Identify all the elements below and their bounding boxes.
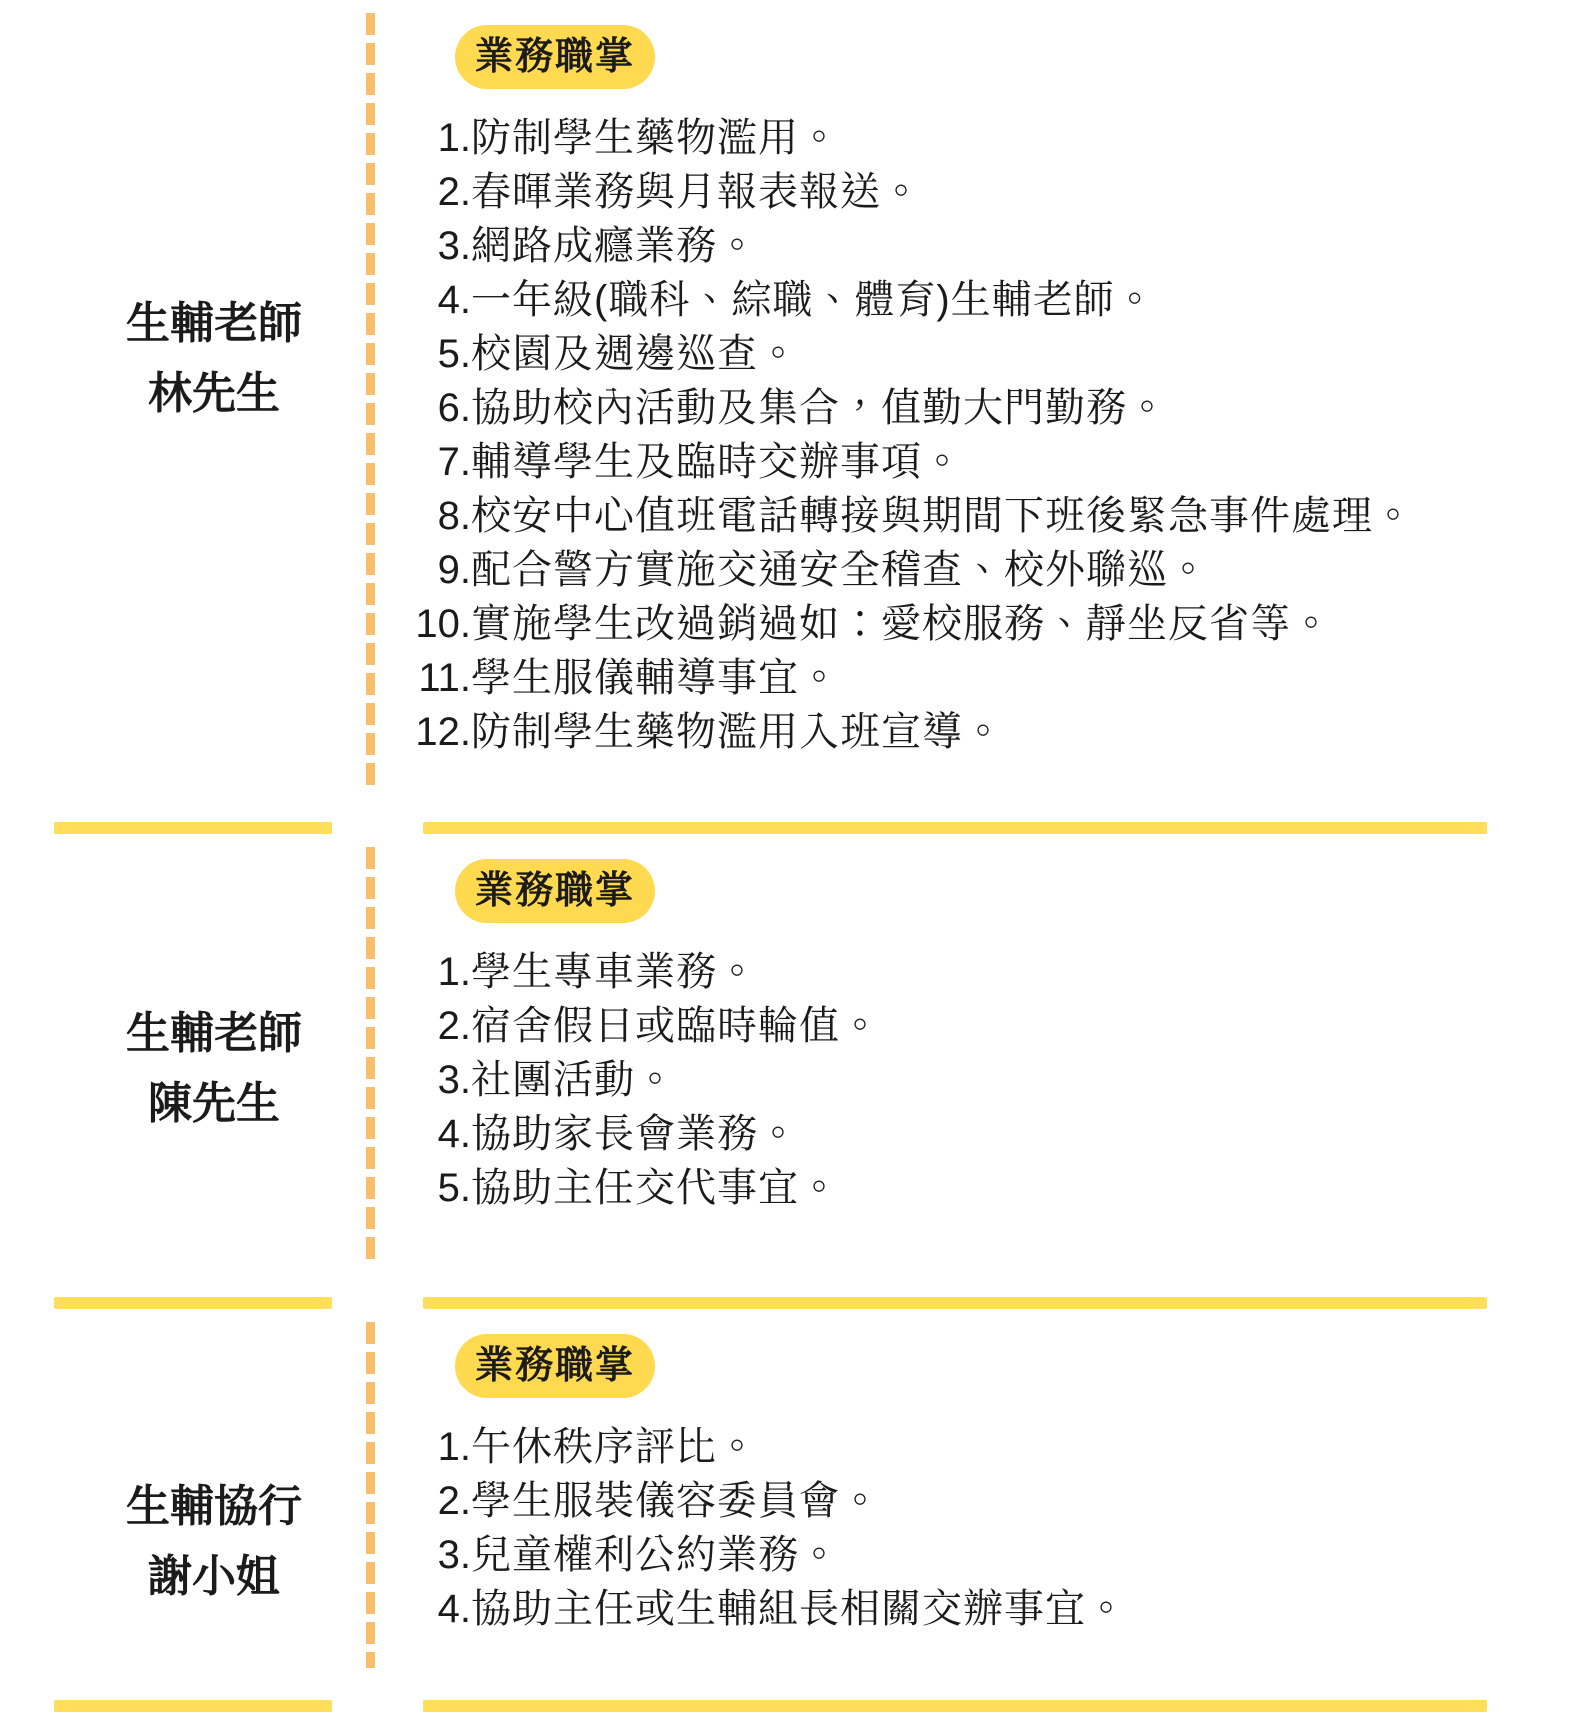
duty-item-text: 一年級(職科、綜職、體育)生輔老師。 xyxy=(471,273,1156,327)
column-divider-dashed-line xyxy=(366,847,375,1265)
duty-item-text: 社團活動。 xyxy=(471,1053,676,1107)
duty-item-text: 學生服儀輔導事宜。 xyxy=(471,651,840,705)
separator-right-segment xyxy=(423,1700,1487,1712)
section-row: 生輔老師 林先生 業務職掌 1.防制學生藥物濫用。 2.春暉業務與月報表報送。 … xyxy=(0,0,1587,822)
duty-item-number: 5. xyxy=(375,327,471,381)
duty-item-number: 1. xyxy=(375,1420,471,1474)
duty-item: 5.校園及週邊巡查。 xyxy=(375,327,1587,381)
role-name-line2: 林先生 xyxy=(62,359,366,429)
duty-item-number: 2. xyxy=(375,999,471,1053)
duty-item-number: 2. xyxy=(375,1474,471,1528)
section-separator xyxy=(0,1700,1587,1712)
duty-list: 1.學生專車業務。 2.宿舍假日或臨時輪值。 3.社團活動。 4.協助家長會業務… xyxy=(375,945,1587,1215)
duty-item-text: 午休秩序評比。 xyxy=(471,1420,758,1474)
duty-item: 3.社團活動。 xyxy=(375,1053,1587,1107)
duty-item-number: 1. xyxy=(375,945,471,999)
separator-right-segment xyxy=(423,822,1487,834)
duty-item: 12.防制學生藥物濫用入班宣導。 xyxy=(375,705,1587,759)
duty-item: 4.一年級(職科、綜職、體育)生輔老師。 xyxy=(375,273,1587,327)
section-separator xyxy=(0,822,1587,834)
column-divider-dashed-line xyxy=(366,1322,375,1668)
duty-badge: 業務職掌 xyxy=(455,25,655,89)
duty-item-text: 配合警方實施交通安全稽查、校外聯巡。 xyxy=(471,543,1209,597)
duty-item-text: 宿舍假日或臨時輪值。 xyxy=(471,999,881,1053)
duty-item-text: 春暉業務與月報表報送。 xyxy=(471,165,922,219)
separator-left-segment xyxy=(54,1700,332,1712)
duty-item-number: 3. xyxy=(375,1528,471,1582)
duty-item: 1.學生專車業務。 xyxy=(375,945,1587,999)
duty-item-number: 2. xyxy=(375,165,471,219)
duty-item-number: 4. xyxy=(375,273,471,327)
duty-item-number: 3. xyxy=(375,1053,471,1107)
role-name-line1: 生輔老師 xyxy=(62,289,366,359)
column-divider-dashed-line xyxy=(366,13,375,790)
role-name: 生輔老師 林先生 xyxy=(62,289,366,429)
duty-item: 5.協助主任交代事宜。 xyxy=(375,1161,1587,1215)
duty-item: 9.配合警方實施交通安全稽查、校外聯巡。 xyxy=(375,543,1587,597)
duty-item: 10.實施學生改過銷過如：愛校服務、靜坐反省等。 xyxy=(375,597,1587,651)
role-name-line1: 生輔協行 xyxy=(62,1472,366,1542)
duty-roster-page: 生輔老師 林先生 業務職掌 1.防制學生藥物濫用。 2.春暉業務與月報表報送。 … xyxy=(0,0,1587,1724)
role-name: 生輔老師 陳先生 xyxy=(62,999,366,1139)
section-separator xyxy=(0,1297,1587,1309)
duty-item-text: 學生服裝儀容委員會。 xyxy=(471,1474,881,1528)
duty-item: 2.春暉業務與月報表報送。 xyxy=(375,165,1587,219)
duty-item-text: 防制學生藥物濫用入班宣導。 xyxy=(471,705,1004,759)
duty-item-number: 9. xyxy=(375,543,471,597)
duty-item-text: 協助家長會業務。 xyxy=(471,1107,799,1161)
duty-item: 2.宿舍假日或臨時輪值。 xyxy=(375,999,1587,1053)
role-name-line2: 謝小姐 xyxy=(62,1542,366,1612)
duty-item: 6.協助校內活動及集合，值勤大門勤務。 xyxy=(375,381,1587,435)
duty-item: 1.防制學生藥物濫用。 xyxy=(375,111,1587,165)
duty-item: 8.校安中心值班電話轉接與期間下班後緊急事件處理。 xyxy=(375,489,1587,543)
role-name-cell: 生輔協行 謝小姐 xyxy=(0,1309,366,1700)
duty-item-number: 11. xyxy=(375,651,471,705)
duty-list: 1.防制學生藥物濫用。 2.春暉業務與月報表報送。 3.網路成癮業務。 4.一年… xyxy=(375,111,1587,759)
role-name-line1: 生輔老師 xyxy=(62,999,366,1069)
duty-item: 3.網路成癮業務。 xyxy=(375,219,1587,273)
separator-right-segment xyxy=(423,1297,1487,1309)
duty-badge: 業務職掌 xyxy=(455,859,655,923)
duties-cell: 業務職掌 1.午休秩序評比。 2.學生服裝儀容委員會。 3.兒童權利公約業務。 … xyxy=(375,1309,1587,1700)
duty-item-text: 實施學生改過銷過如：愛校服務、靜坐反省等。 xyxy=(471,597,1332,651)
duty-item-number: 5. xyxy=(375,1161,471,1215)
duties-cell: 業務職掌 1.學生專車業務。 2.宿舍假日或臨時輪值。 3.社團活動。 4.協助… xyxy=(375,834,1587,1297)
duty-item: 1.午休秩序評比。 xyxy=(375,1420,1587,1474)
role-name-cell: 生輔老師 林先生 xyxy=(0,0,366,822)
duty-item-text: 防制學生藥物濫用。 xyxy=(471,111,840,165)
duty-item-number: 6. xyxy=(375,381,471,435)
duty-item-text: 兒童權利公約業務。 xyxy=(471,1528,840,1582)
duty-item: 3.兒童權利公約業務。 xyxy=(375,1528,1587,1582)
duty-item-number: 3. xyxy=(375,219,471,273)
duty-item-number: 1. xyxy=(375,111,471,165)
duty-list: 1.午休秩序評比。 2.學生服裝儀容委員會。 3.兒童權利公約業務。 4.協助主… xyxy=(375,1420,1587,1636)
duty-item-number: 4. xyxy=(375,1582,471,1636)
duty-item-number: 8. xyxy=(375,489,471,543)
duty-item-text: 輔導學生及臨時交辦事項。 xyxy=(471,435,963,489)
duty-item: 11.學生服儀輔導事宜。 xyxy=(375,651,1587,705)
duty-item: 2.學生服裝儀容委員會。 xyxy=(375,1474,1587,1528)
duty-item-text: 網路成癮業務。 xyxy=(471,219,758,273)
section-row: 生輔老師 陳先生 業務職掌 1.學生專車業務。 2.宿舍假日或臨時輪值。 3.社… xyxy=(0,834,1587,1297)
duty-item-number: 12. xyxy=(375,705,471,759)
duty-item: 4.協助家長會業務。 xyxy=(375,1107,1587,1161)
duty-item: 7.輔導學生及臨時交辦事項。 xyxy=(375,435,1587,489)
role-name: 生輔協行 謝小姐 xyxy=(62,1472,366,1612)
duties-cell: 業務職掌 1.防制學生藥物濫用。 2.春暉業務與月報表報送。 3.網路成癮業務。… xyxy=(375,0,1587,822)
role-name-cell: 生輔老師 陳先生 xyxy=(0,834,366,1297)
separator-left-segment xyxy=(54,822,332,834)
duty-item: 4.協助主任或生輔組長相關交辦事宜。 xyxy=(375,1582,1587,1636)
duty-item-text: 校安中心值班電話轉接與期間下班後緊急事件處理。 xyxy=(471,489,1414,543)
duty-item-text: 協助主任交代事宜。 xyxy=(471,1161,840,1215)
duty-badge: 業務職掌 xyxy=(455,1334,655,1398)
duty-item-text: 協助主任或生輔組長相關交辦事宜。 xyxy=(471,1582,1127,1636)
duty-item-number: 10. xyxy=(375,597,471,651)
duty-item-number: 7. xyxy=(375,435,471,489)
duty-item-text: 協助校內活動及集合，值勤大門勤務。 xyxy=(471,381,1168,435)
separator-left-segment xyxy=(54,1297,332,1309)
duty-item-text: 校園及週邊巡查。 xyxy=(471,327,799,381)
role-name-line2: 陳先生 xyxy=(62,1069,366,1139)
section-row: 生輔協行 謝小姐 業務職掌 1.午休秩序評比。 2.學生服裝儀容委員會。 3.兒… xyxy=(0,1309,1587,1700)
duty-item-text: 學生專車業務。 xyxy=(471,945,758,999)
duty-item-number: 4. xyxy=(375,1107,471,1161)
